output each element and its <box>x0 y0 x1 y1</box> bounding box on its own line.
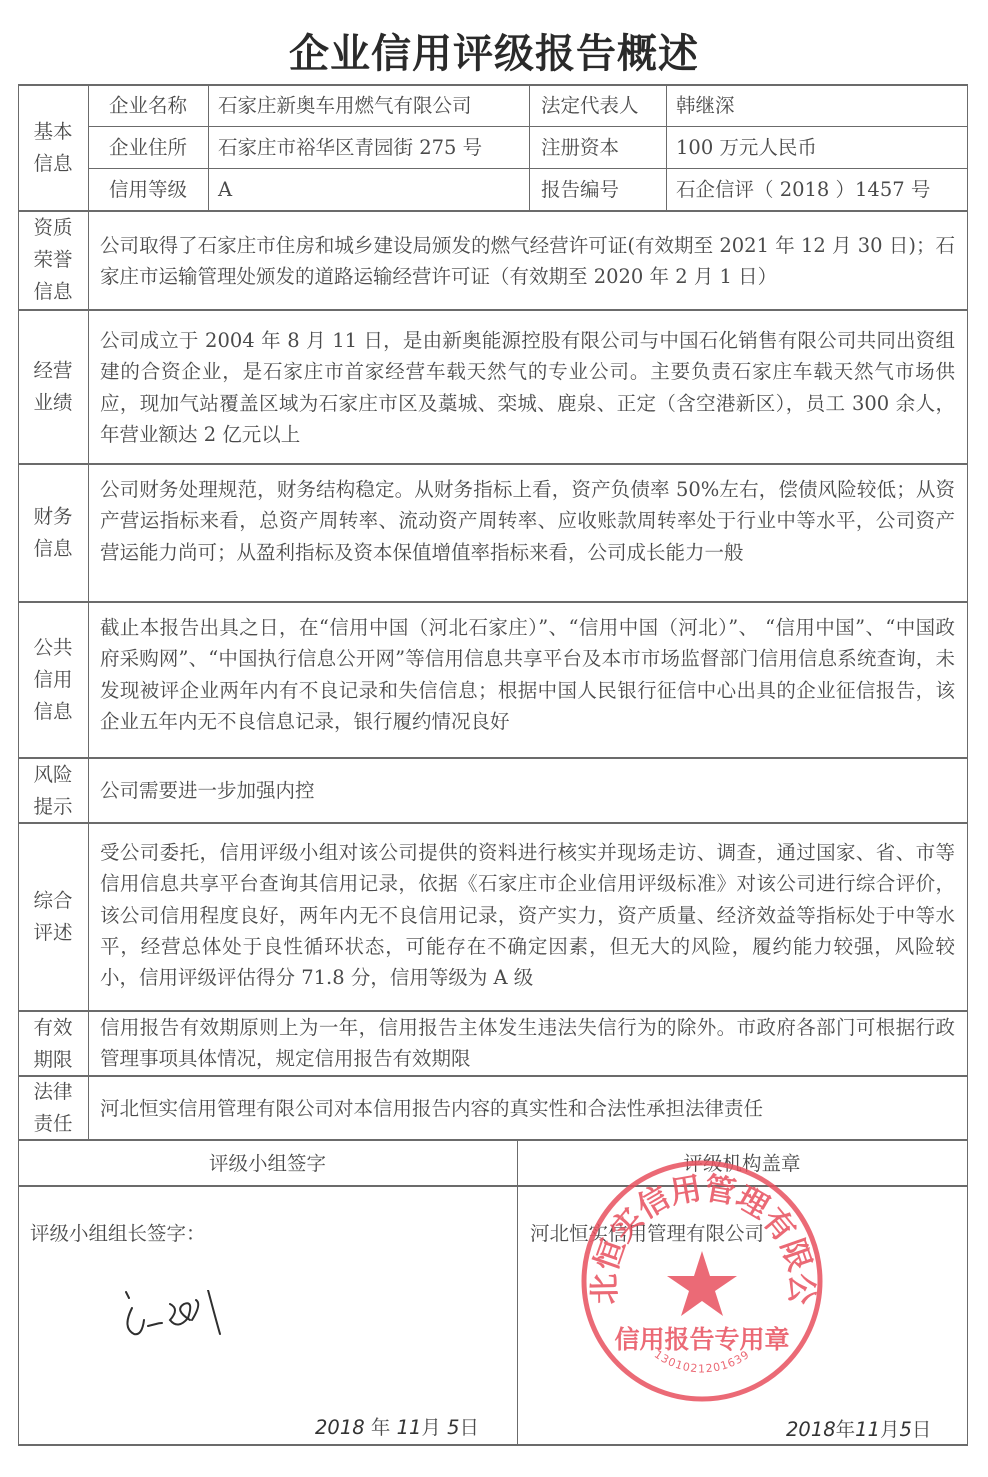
section-label: 有效 期限 <box>18 1011 88 1076</box>
field-value-company-name: 石家庄新奥车用燃气有限公司 <box>218 84 528 126</box>
field-label-report-number: 报告编号 <box>541 168 666 211</box>
rating-team-signature-header: 评级小组签字 <box>18 1140 517 1186</box>
seal-inner-text: 信用报告专用章 <box>614 1325 789 1354</box>
left-signature-date: 2018 年 11月 5日 <box>315 1412 479 1443</box>
handwritten-signature <box>118 1290 288 1360</box>
section-text: 截止本报告出具之日，在“信用中国（河北石家庄）”、“信用中国（河北）”、 “信用… <box>100 612 955 737</box>
page-title: 企业信用评级报告概述 <box>0 22 988 79</box>
right-seal-date: 2018年11月5日 <box>786 1414 931 1445</box>
section-label: 风险 提示 <box>18 758 88 823</box>
field-value-credit-grade: A <box>218 168 528 211</box>
field-label-company-name: 企业名称 <box>88 84 208 126</box>
section-label-basic-info: 基本信息 <box>18 84 88 211</box>
field-value-report-number: 石企信评（ 2018 ）1457 号 <box>676 168 966 211</box>
section-text: 公司需要进一步加强内控 <box>100 775 955 806</box>
section-text: 河北恒实信用管理有限公司对本信用报告内容的真实性和合法性承担法律责任 <box>100 1093 955 1124</box>
field-value-capital: 100 万元人民币 <box>676 126 966 168</box>
section-label: 公共 信用 信息 <box>18 602 88 758</box>
section-label: 综合 评述 <box>18 823 88 1011</box>
section-label: 经营 业绩 <box>18 310 88 464</box>
section-text: 公司取得了石家庄市住房和城乡建设局颁发的燃气经营许可证(有效期至 2021 年 … <box>100 230 955 293</box>
team-leader-signature-label: 评级小组组长签字： <box>30 1218 206 1249</box>
field-value-address: 石家庄市裕华区青园街 275 号 <box>218 126 528 168</box>
section-label: 资质 荣誉 信息 <box>18 210 88 310</box>
field-label-address: 企业住所 <box>88 126 208 168</box>
field-label-capital: 注册资本 <box>541 126 666 168</box>
section-label: 财务 信息 <box>18 464 88 602</box>
official-seal-stamp: 河北恒实信用管理有限公司 信用报告专用章 1301021201639 <box>577 1156 827 1406</box>
field-label-legal-rep: 法定代表人 <box>541 84 666 126</box>
section-text: 受公司委托，信用评级小组对该公司提供的资料进行核实并现场走访、调查，通过国家、省… <box>100 837 955 993</box>
section-text: 信用报告有效期原则上为一年，信用报告主体发生违法失信行为的除外。市政府各部门可根… <box>100 1012 955 1075</box>
section-text: 公司成立于 2004 年 8 月 11 日，是由新奥能源控股有限公司与中国石化销… <box>100 325 955 450</box>
star-icon <box>667 1251 737 1316</box>
field-label-credit-grade: 信用等级 <box>88 168 208 211</box>
section-text: 公司财务处理规范，财务结构稳定。从财务指标上看，资产负债率 50%左右，偿债风险… <box>100 474 955 568</box>
field-value-legal-rep: 韩继深 <box>676 84 966 126</box>
section-label: 法律 责任 <box>18 1076 88 1140</box>
